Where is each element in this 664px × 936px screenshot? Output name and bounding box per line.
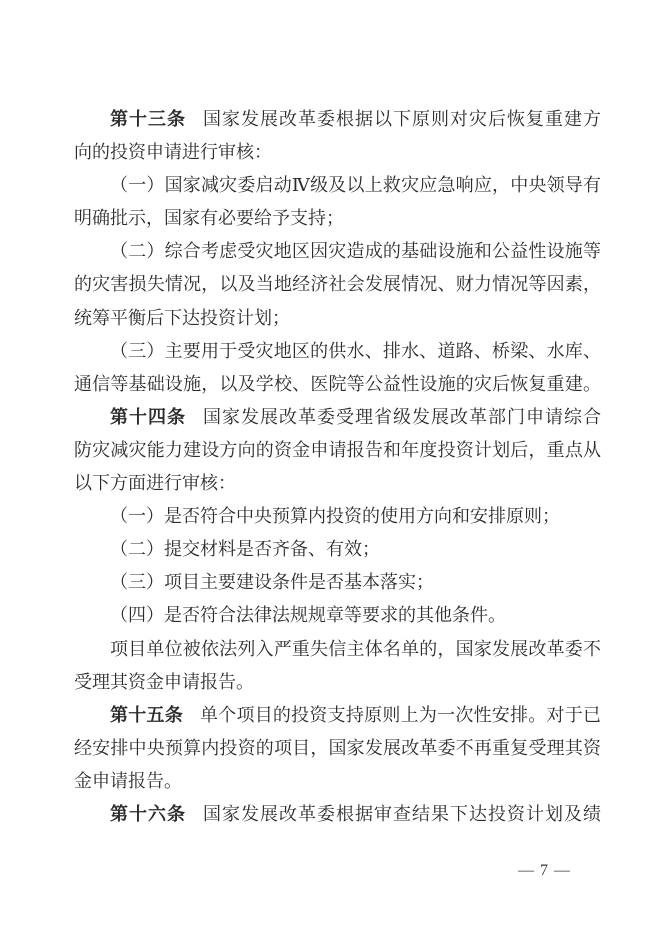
- text-line: 第十四条国家发展改革委受理省级发展改革部门申请综合: [74, 401, 601, 434]
- line-text: 的灾害损失情况，以及当地经济社会发展情况、财力情况等因素，: [74, 274, 601, 294]
- line-text: 通信等基础设施，以及学校、医院等公益性设施的灾后恢复重建。: [74, 374, 601, 394]
- line-text: 统筹平衡后下达投资计划；: [74, 308, 290, 328]
- line-text: 项目单位被依法列入严重失信主体名单的，国家发展改革委不: [110, 639, 601, 659]
- text-line: （四）是否符合法律法规规章等要求的其他条件。: [74, 599, 601, 632]
- line-text: （二）提交材料是否齐备、有效；: [110, 539, 380, 559]
- page-number: — 7 —: [518, 858, 571, 884]
- line-text: （一）国家减灾委启动Ⅳ级及以上救灾应急响应，中央领导有: [110, 175, 601, 195]
- text-line: 以下方面进行审核：: [74, 467, 601, 500]
- text-line: （三）项目主要建设条件是否基本落实；: [74, 566, 601, 599]
- text-line: 向的投资申请进行审核：: [74, 136, 601, 169]
- text-line: 受理其资金申请报告。: [74, 666, 601, 699]
- article-number: 第十三条: [110, 109, 186, 129]
- article-number: 第十六条: [110, 804, 186, 824]
- text-line: 金申请报告。: [74, 765, 601, 798]
- line-text: 国家发展改革委根据审查结果下达投资计划及绩: [203, 804, 601, 824]
- line-text: （四）是否符合法律法规规章等要求的其他条件。: [110, 605, 506, 625]
- document-body: 第十三条国家发展改革委根据以下原则对灾后恢复重建方 向的投资申请进行审核： （一…: [74, 103, 601, 831]
- article-number: 第十四条: [110, 407, 186, 427]
- text-line: 经安排中央预算内投资的项目，国家发展改革委不再重复受理其资: [74, 732, 601, 765]
- text-line: 第十三条国家发展改革委根据以下原则对灾后恢复重建方: [74, 103, 601, 136]
- line-text: （一）是否符合中央预算内投资的使用方向和安排原则；: [110, 506, 560, 526]
- line-text: 经安排中央预算内投资的项目，国家发展改革委不再重复受理其资: [74, 738, 601, 758]
- line-text: 以下方面进行审核：: [74, 473, 236, 493]
- line-text: 金申请报告。: [74, 771, 182, 791]
- text-line: 防灾减灾能力建设方向的资金申请报告和年度投资计划后，重点从: [74, 434, 601, 467]
- text-line: （一）国家减灾委启动Ⅳ级及以上救灾应急响应，中央领导有: [74, 169, 601, 202]
- text-line: 第十六条国家发展改革委根据审查结果下达投资计划及绩: [74, 798, 601, 831]
- line-text: 国家发展改革委受理省级发展改革部门申请综合: [203, 407, 601, 427]
- line-text: 国家发展改革委根据以下原则对灾后恢复重建方: [203, 109, 601, 129]
- text-line: 统筹平衡后下达投资计划；: [74, 302, 601, 335]
- line-text: （二）综合考虑受灾地区因灾造成的基础设施和公益性设施等: [110, 241, 601, 261]
- text-line: （一）是否符合中央预算内投资的使用方向和安排原则；: [74, 500, 601, 533]
- text-line: 项目单位被依法列入严重失信主体名单的，国家发展改革委不: [74, 633, 601, 666]
- line-text: 单个项目的投资支持原则上为一次性安排。对于已: [200, 705, 601, 725]
- document-page: 第十三条国家发展改革委根据以下原则对灾后恢复重建方 向的投资申请进行审核： （一…: [0, 0, 664, 936]
- line-text: 向的投资申请进行审核：: [74, 142, 272, 162]
- text-line: 第十五条单个项目的投资支持原则上为一次性安排。对于已: [74, 699, 601, 732]
- line-text: 防灾减灾能力建设方向的资金申请报告和年度投资计划后，重点从: [74, 440, 601, 460]
- article-number: 第十五条: [110, 705, 183, 725]
- line-text: 受理其资金申请报告。: [74, 672, 254, 692]
- text-line: 通信等基础设施，以及学校、医院等公益性设施的灾后恢复重建。: [74, 368, 601, 401]
- line-text: 明确批示，国家有必要给予支持；: [74, 208, 344, 228]
- text-line: （二）提交材料是否齐备、有效；: [74, 533, 601, 566]
- text-line: （三）主要用于受灾地区的供水、排水、道路、桥梁、水库、: [74, 335, 601, 368]
- text-line: 的灾害损失情况，以及当地经济社会发展情况、财力情况等因素，: [74, 268, 601, 301]
- text-line: （二）综合考虑受灾地区因灾造成的基础设施和公益性设施等: [74, 235, 601, 268]
- line-text: （三）项目主要建设条件是否基本落实；: [110, 572, 434, 592]
- line-text: （三）主要用于受灾地区的供水、排水、道路、桥梁、水库、: [110, 341, 601, 361]
- text-line: 明确批示，国家有必要给予支持；: [74, 202, 601, 235]
